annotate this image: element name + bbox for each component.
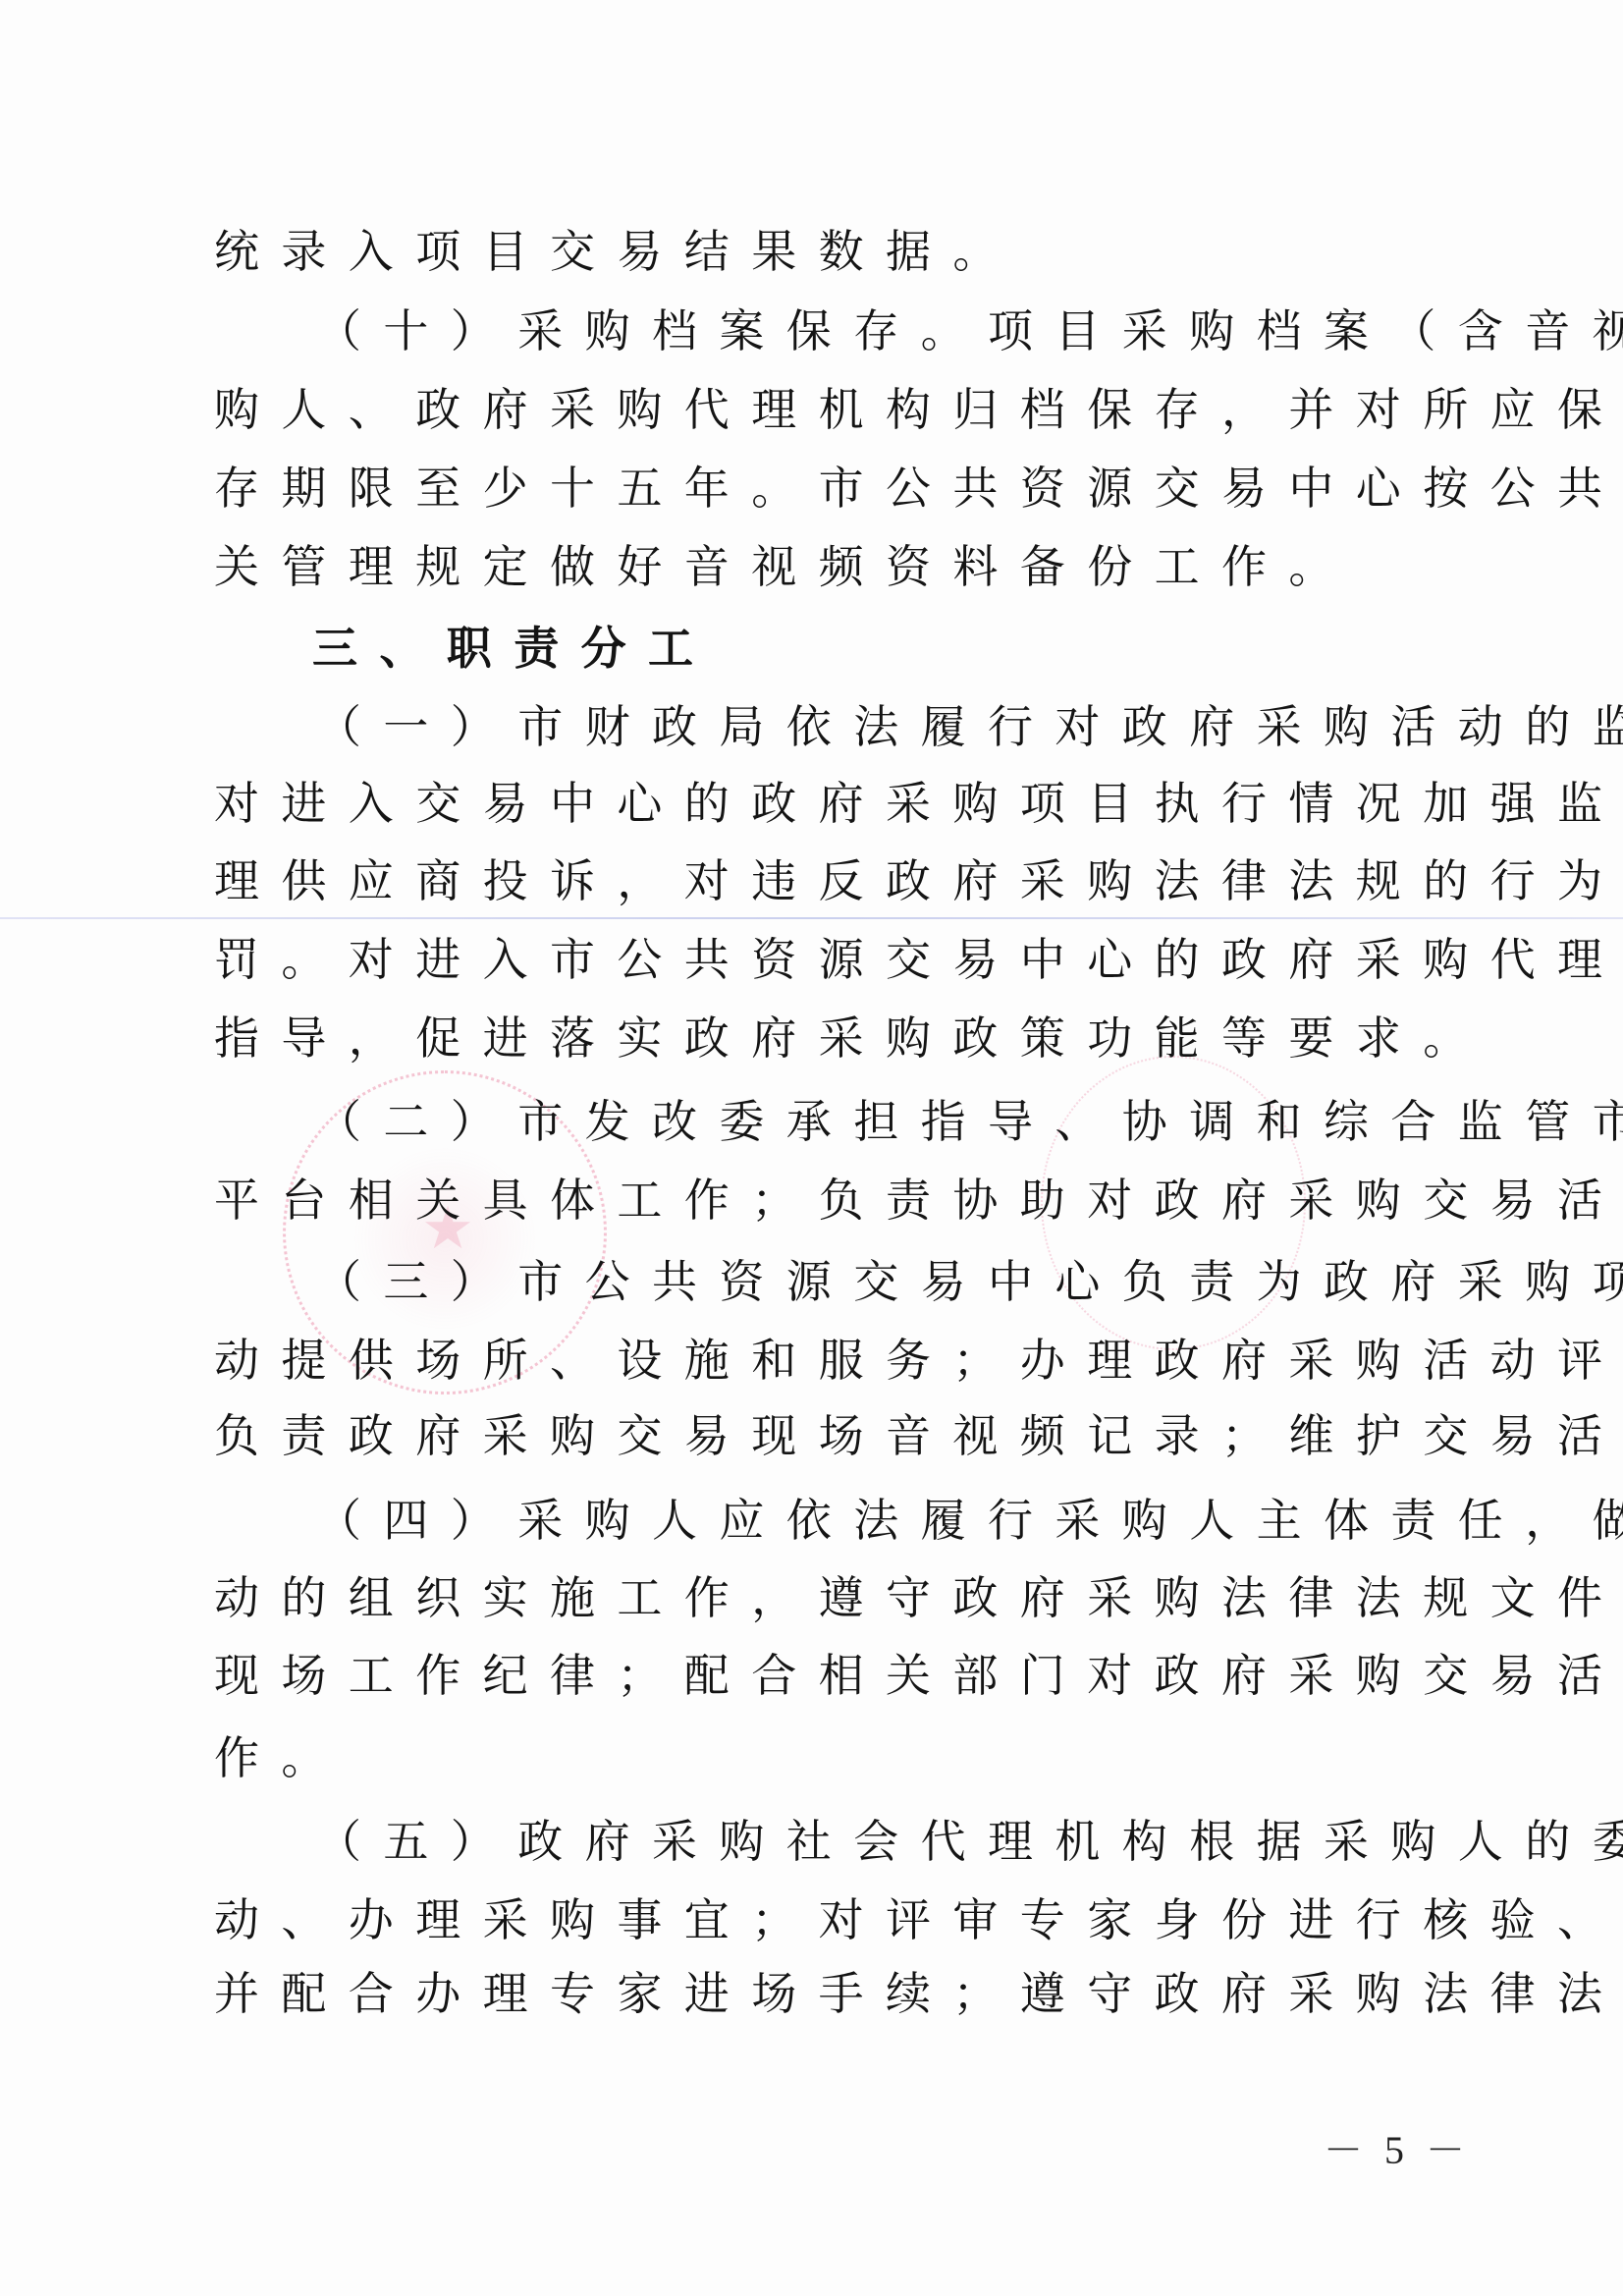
paragraph-line: （三）市公共资源交易中心负责为政府采购项目进场交易活 <box>316 1252 1623 1311</box>
paragraph-line: 关管理规定做好音视频资料备份工作。 <box>214 537 1356 596</box>
paragraph-line: 理供应商投诉，对违反政府采购法律法规的行为进行处理和处 <box>214 851 1623 910</box>
paragraph-line: （十）采购档案保存。项目采购档案（含音视频资料）由采 <box>316 301 1623 360</box>
paragraph-line: 动、办理采购事宜；对评审专家身份进行核验、为专家办理签到 <box>214 1890 1623 1949</box>
paragraph-line: 动的组织实施工作，遵守政府采购法律法规文件规定，遵守交易 <box>214 1568 1623 1627</box>
paragraph-line: （一）市财政局依法履行对政府采购活动的监督管理职责， <box>316 697 1623 756</box>
scan-artifact-line <box>0 917 1623 919</box>
paragraph-line: 统录入项目交易结果数据。 <box>214 222 1020 281</box>
paragraph-line: 并配合办理专家进场手续；遵守政府采购法律法规文件度规定， <box>214 1964 1623 2023</box>
page-number: － 5 － <box>1324 2126 1471 2175</box>
paragraph-line: 指导，促进落实政府采购政策功能等要求。 <box>214 1009 1490 1067</box>
paragraph-line: 对进入交易中心的政府采购项目执行情况加强监督检查，依法受 <box>214 774 1623 833</box>
paragraph-line: （四）采购人应依法履行采购人主体责任，做好政府采购活 <box>316 1491 1623 1550</box>
paragraph-line: 罚。对进入市公共资源交易中心的政府采购代理机构加强考核与 <box>214 930 1623 989</box>
section-heading: 三、职责分工 <box>312 619 715 678</box>
paragraph-line: 动提供场所、设施和服务；办理政府采购活动评审专家进场手续， <box>214 1331 1623 1390</box>
paragraph-line: 现场工作纪律；配合相关部门对政府采购交易活动监督检查工 <box>214 1646 1623 1705</box>
paragraph-line: 负责政府采购交易现场音视频记录；维护交易活动秩序。 <box>214 1406 1623 1465</box>
paragraph-line: （五）政府采购社会代理机构根据采购人的委托开展采购活 <box>316 1812 1623 1871</box>
paragraph-line: 平台相关具体工作；负责协助对政府采购交易活动实施监督。 <box>214 1171 1623 1230</box>
paragraph-line: 购人、政府采购代理机构归档保存，并对所应保存资料保密，保 <box>214 380 1623 439</box>
paragraph-line: （二）市发改委承担指导、协调和综合监管市公共资源交易 <box>316 1092 1623 1151</box>
document-page: ★ 统录入项目交易结果数据。 （十）采购档案保存。项目采购档案（含音视频资料）由… <box>0 0 1623 2296</box>
paragraph-line: 作。 <box>214 1728 349 1787</box>
paragraph-line: 存期限至少十五年。市公共资源交易中心按公共资源交易平台有 <box>214 459 1623 518</box>
